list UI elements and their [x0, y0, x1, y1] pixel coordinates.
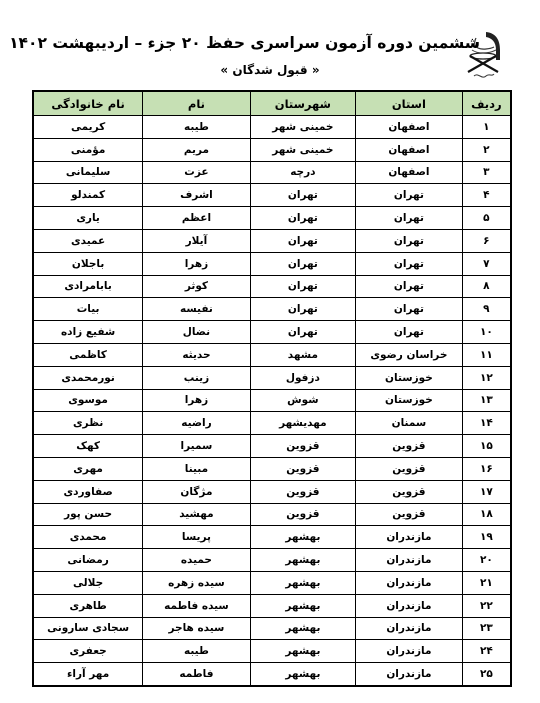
last-name-cell: جعفری: [33, 640, 143, 663]
first-name-cell: زهرا: [143, 389, 250, 412]
city-cell: قزوین: [250, 503, 355, 526]
page-title: ششمین دوره آزمون سراسری حفظ ۲۰ جزء – ارد…: [60, 34, 480, 52]
province-cell: تهران: [356, 298, 463, 321]
city-cell: خمینی شهر: [250, 116, 355, 139]
province-cell: خراسان رضوی: [356, 343, 463, 366]
table-row: ۱۸قزوینقزوینمهشیدحسن پور: [33, 503, 511, 526]
province-cell: قزوین: [356, 503, 463, 526]
city-cell: تهران: [250, 321, 355, 344]
row-number: ۲۰: [462, 549, 511, 572]
city-cell: تهران: [250, 184, 355, 207]
city-cell: دزفول: [250, 366, 355, 389]
first-name-cell: حدیثه: [143, 343, 250, 366]
table-row: ۱۱خراسان رضویمشهدحدیثهکاظمی: [33, 343, 511, 366]
city-cell: قزوین: [250, 457, 355, 480]
province-cell: مازندران: [356, 617, 463, 640]
row-number: ۱۸: [462, 503, 511, 526]
row-number: ۱۷: [462, 480, 511, 503]
last-name-cell: مهری: [33, 457, 143, 480]
first-name-cell: سمیرا: [143, 435, 250, 458]
city-cell: تهران: [250, 275, 355, 298]
province-cell: سمنان: [356, 412, 463, 435]
city-cell: تهران: [250, 252, 355, 275]
province-cell: مازندران: [356, 663, 463, 686]
province-cell: تهران: [356, 229, 463, 252]
last-name-cell: محمدی: [33, 526, 143, 549]
city-cell: قزوین: [250, 480, 355, 503]
first-name-cell: مریم: [143, 138, 250, 161]
first-name-cell: حمیده: [143, 549, 250, 572]
row-number: ۱۰: [462, 321, 511, 344]
row-number: ۲۵: [462, 663, 511, 686]
table-row: ۱۷قزوینقزوینمژگانصفاوردی: [33, 480, 511, 503]
column-header-province: استان: [356, 91, 463, 116]
row-number: ۸: [462, 275, 511, 298]
province-cell: خوزستان: [356, 366, 463, 389]
first-name-cell: سیده فاطمه: [143, 594, 250, 617]
first-name-cell: اعظم: [143, 207, 250, 230]
first-name-cell: فاطمه: [143, 663, 250, 686]
first-name-cell: سیده زهره: [143, 571, 250, 594]
province-cell: مازندران: [356, 594, 463, 617]
row-number: ۱۲: [462, 366, 511, 389]
last-name-cell: حسن پور: [33, 503, 143, 526]
table-row: ۴تهرانتهراناشرفکمندلو: [33, 184, 511, 207]
table-row: ۱۳خوزستانشوشزهراموسوی: [33, 389, 511, 412]
province-cell: اصفهان: [356, 161, 463, 184]
row-number: ۲۳: [462, 617, 511, 640]
table-row: ۱۶قزوینقزوینمبینامهری: [33, 457, 511, 480]
table-row: ۱۴سمنانمهدیشهرراضیهنظری: [33, 412, 511, 435]
province-cell: مازندران: [356, 526, 463, 549]
row-number: ۶: [462, 229, 511, 252]
city-cell: بهشهر: [250, 571, 355, 594]
row-number: ۱۵: [462, 435, 511, 458]
first-name-cell: طیبه: [143, 116, 250, 139]
city-cell: مهدیشهر: [250, 412, 355, 435]
first-name-cell: نفیسه: [143, 298, 250, 321]
row-number: ۱۶: [462, 457, 511, 480]
last-name-cell: سلیمانی: [33, 161, 143, 184]
column-header-first-name: نام: [143, 91, 250, 116]
last-name-cell: یاری: [33, 207, 143, 230]
table-row: ۲۱مازندرانبهشهرسیده زهرهجلالی: [33, 571, 511, 594]
province-cell: مازندران: [356, 640, 463, 663]
city-cell: بهشهر: [250, 617, 355, 640]
table-row: ۷تهرانتهرانزهراباجلان: [33, 252, 511, 275]
column-header-last-name: نام خانوادگی: [33, 91, 143, 116]
last-name-cell: نظری: [33, 412, 143, 435]
column-header-row-number: ردیف: [462, 91, 511, 116]
last-name-cell: طاهری: [33, 594, 143, 617]
last-name-cell: شفیع زاده: [33, 321, 143, 344]
page-subtitle: « قبول شدگان »: [60, 63, 480, 77]
city-cell: بهشهر: [250, 526, 355, 549]
row-number: ۷: [462, 252, 511, 275]
first-name-cell: نضال: [143, 321, 250, 344]
city-cell: بهشهر: [250, 549, 355, 572]
first-name-cell: عزت: [143, 161, 250, 184]
city-cell: بهشهر: [250, 594, 355, 617]
table-row: ۲۵مازندرانبهشهرفاطمهمهر آراء: [33, 663, 511, 686]
province-cell: قزوین: [356, 435, 463, 458]
last-name-cell: نورمحمدی: [33, 366, 143, 389]
table-row: ۱۹مازندرانبهشهرپریسامحمدی: [33, 526, 511, 549]
row-number: ۲۴: [462, 640, 511, 663]
first-name-cell: زهرا: [143, 252, 250, 275]
province-cell: مازندران: [356, 549, 463, 572]
last-name-cell: باجلان: [33, 252, 143, 275]
province-cell: تهران: [356, 184, 463, 207]
row-number: ۱۳: [462, 389, 511, 412]
first-name-cell: مژگان: [143, 480, 250, 503]
last-name-cell: بابامرادی: [33, 275, 143, 298]
city-cell: تهران: [250, 298, 355, 321]
column-header-city: شهرستان: [250, 91, 355, 116]
last-name-cell: کریمی: [33, 116, 143, 139]
table-row: ۳اصفهاندرچهعزتسلیمانی: [33, 161, 511, 184]
table-row: ۲اصفهانخمینی شهرمریممؤمنی: [33, 138, 511, 161]
city-cell: شوش: [250, 389, 355, 412]
table-row: ۲۲مازندرانبهشهرسیده فاطمهطاهری: [33, 594, 511, 617]
first-name-cell: سیده هاجر: [143, 617, 250, 640]
first-name-cell: مبینا: [143, 457, 250, 480]
table-header-row: ردیف استان شهرستان نام نام خانوادگی: [33, 91, 511, 116]
first-name-cell: راضیه: [143, 412, 250, 435]
row-number: ۱۱: [462, 343, 511, 366]
row-number: ۱۴: [462, 412, 511, 435]
table-row: ۱۰تهرانتهراننضالشفیع زاده: [33, 321, 511, 344]
table-row: ۲۰مازندرانبهشهرحمیدهرمضانی: [33, 549, 511, 572]
last-name-cell: مهر آراء: [33, 663, 143, 686]
first-name-cell: زینب: [143, 366, 250, 389]
province-cell: اصفهان: [356, 116, 463, 139]
last-name-cell: بیات: [33, 298, 143, 321]
last-name-cell: مؤمنی: [33, 138, 143, 161]
first-name-cell: اشرف: [143, 184, 250, 207]
table-row: ۲۳مازندرانبهشهرسیده هاجرسجادی سارونی: [33, 617, 511, 640]
city-cell: تهران: [250, 207, 355, 230]
last-name-cell: سجادی سارونی: [33, 617, 143, 640]
row-number: ۲۱: [462, 571, 511, 594]
first-name-cell: مهشید: [143, 503, 250, 526]
first-name-cell: طیبه: [143, 640, 250, 663]
first-name-cell: آیلار: [143, 229, 250, 252]
city-cell: تهران: [250, 229, 355, 252]
last-name-cell: موسوی: [33, 389, 143, 412]
first-name-cell: پریسا: [143, 526, 250, 549]
row-number: ۲: [462, 138, 511, 161]
last-name-cell: کهک: [33, 435, 143, 458]
table-row: ۶تهرانتهرانآیلارعمیدی: [33, 229, 511, 252]
province-cell: تهران: [356, 207, 463, 230]
table-row: ۱۲خوزستاندزفولزینبنورمحمدی: [33, 366, 511, 389]
last-name-cell: کاظمی: [33, 343, 143, 366]
province-cell: تهران: [356, 275, 463, 298]
row-number: ۱۹: [462, 526, 511, 549]
city-cell: قزوین: [250, 435, 355, 458]
table-row: ۵تهرانتهراناعظمیاری: [33, 207, 511, 230]
city-cell: خمینی شهر: [250, 138, 355, 161]
table-row: ۱۵قزوینقزوینسمیراکهک: [33, 435, 511, 458]
row-number: ۹: [462, 298, 511, 321]
table-row: ۸تهرانتهرانکوثربابامرادی: [33, 275, 511, 298]
last-name-cell: رمضانی: [33, 549, 143, 572]
province-cell: اصفهان: [356, 138, 463, 161]
first-name-cell: کوثر: [143, 275, 250, 298]
province-cell: قزوین: [356, 480, 463, 503]
row-number: ۳: [462, 161, 511, 184]
last-name-cell: جلالی: [33, 571, 143, 594]
province-cell: تهران: [356, 321, 463, 344]
city-cell: مشهد: [250, 343, 355, 366]
row-number: ۱: [462, 116, 511, 139]
province-cell: مازندران: [356, 571, 463, 594]
province-cell: تهران: [356, 252, 463, 275]
city-cell: بهشهر: [250, 640, 355, 663]
row-number: ۴: [462, 184, 511, 207]
row-number: ۵: [462, 207, 511, 230]
accepted-list-table: ردیف استان شهرستان نام نام خانوادگی ۱اصف…: [32, 90, 512, 687]
table-row: ۲۴مازندرانبهشهرطیبهجعفری: [33, 640, 511, 663]
last-name-cell: کمندلو: [33, 184, 143, 207]
last-name-cell: عمیدی: [33, 229, 143, 252]
city-cell: بهشهر: [250, 663, 355, 686]
row-number: ۲۲: [462, 594, 511, 617]
province-cell: قزوین: [356, 457, 463, 480]
city-cell: درچه: [250, 161, 355, 184]
province-cell: خوزستان: [356, 389, 463, 412]
table-row: ۱اصفهانخمینی شهرطیبهکریمی: [33, 116, 511, 139]
table-row: ۹تهرانتهراننفیسهبیات: [33, 298, 511, 321]
last-name-cell: صفاوردی: [33, 480, 143, 503]
